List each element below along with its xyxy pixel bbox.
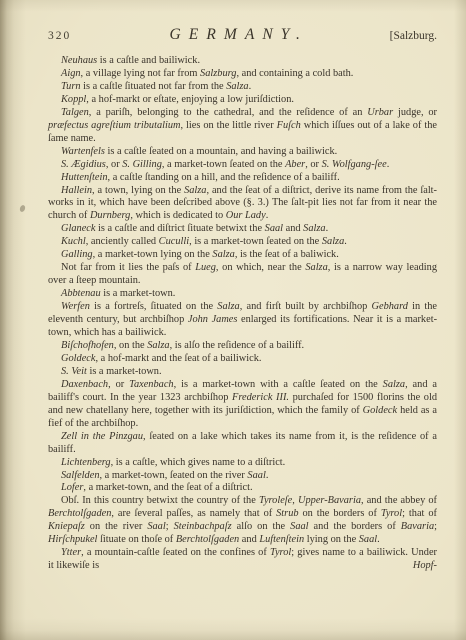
paragraph: Obſ. In this country betwixt the country… (48, 495, 437, 547)
book-page-scan: 320 GERMANY. [Salzburg. Neuhaus is a caſ… (0, 0, 466, 640)
paragraph: Neuhaus is a caſtle and bailiwick. (48, 55, 437, 68)
paragraph: S. Ægidius, or S. Gilling, a market-town… (48, 159, 437, 172)
paragraph: Ytter, a mountain-caſtle ſeated on the c… (48, 547, 437, 573)
paragraph: Zell in the Pinzgau, ſeated on a lake wh… (48, 431, 437, 457)
paragraph: Wartenfels is a caſtle ſeated on a mount… (48, 146, 437, 159)
paragraph: Glaneck is a caſtle and diſtrict ſituate… (48, 223, 437, 236)
page-content: 320 GERMANY. [Salzburg. Neuhaus is a caſ… (48, 26, 437, 573)
paragraph: S. Veit is a market-town. (48, 366, 437, 379)
page-header: 320 GERMANY. [Salzburg. (48, 26, 437, 48)
paragraph: Talgen, a pariſh, belonging to the cathe… (48, 107, 437, 146)
paragraph: Biſchofhofen, on the Salza, is alſo the … (48, 340, 437, 353)
running-title: GERMANY. (165, 26, 308, 44)
paragraph: Goldeck, a hof-markt and the ſeat of a b… (48, 353, 437, 366)
paragraph: Aign, a village lying not far from Salzb… (48, 68, 437, 81)
paragraph: Daxenbach, or Taxenbach, is a market-tow… (48, 379, 437, 431)
paragraph: Kuchl, anciently called Cuculli, is a ma… (48, 236, 437, 249)
paragraph: Not far from it lies the paſs of Lueg, o… (48, 262, 437, 288)
paragraph: Salfelden, a market-town, ſeated on the … (48, 470, 437, 483)
paragraph: Turn is a caſtle ſituated not far from t… (48, 81, 437, 94)
catchword: Hopf- (400, 560, 437, 573)
paragraph: Lichtenberg, is a caſtle, which gives na… (48, 457, 437, 470)
paragraph: Hallein, a town, lying on the Salza, and… (48, 185, 437, 224)
paragraph: Werfen is a fortreſs, ſituated on the Sa… (48, 301, 437, 340)
page-number: 320 (48, 30, 71, 42)
text-body: Neuhaus is a caſtle and bailiwick.Aign, … (48, 55, 437, 573)
paragraph: Koppl, a hof-markt or eſtate, enjoying a… (48, 94, 437, 107)
section-label: [Salzburg. (390, 30, 437, 42)
paragraph: Galling, a market-town lying on the Salz… (48, 249, 437, 262)
paragraph: Abbtenau is a market-town. (48, 288, 437, 301)
paragraph: Huttenſtein, a caſtle ſtanding on a hill… (48, 172, 437, 185)
paragraph: Lofer, a market-town, and the ſeat of a … (48, 482, 437, 495)
ink-speck (19, 204, 26, 212)
